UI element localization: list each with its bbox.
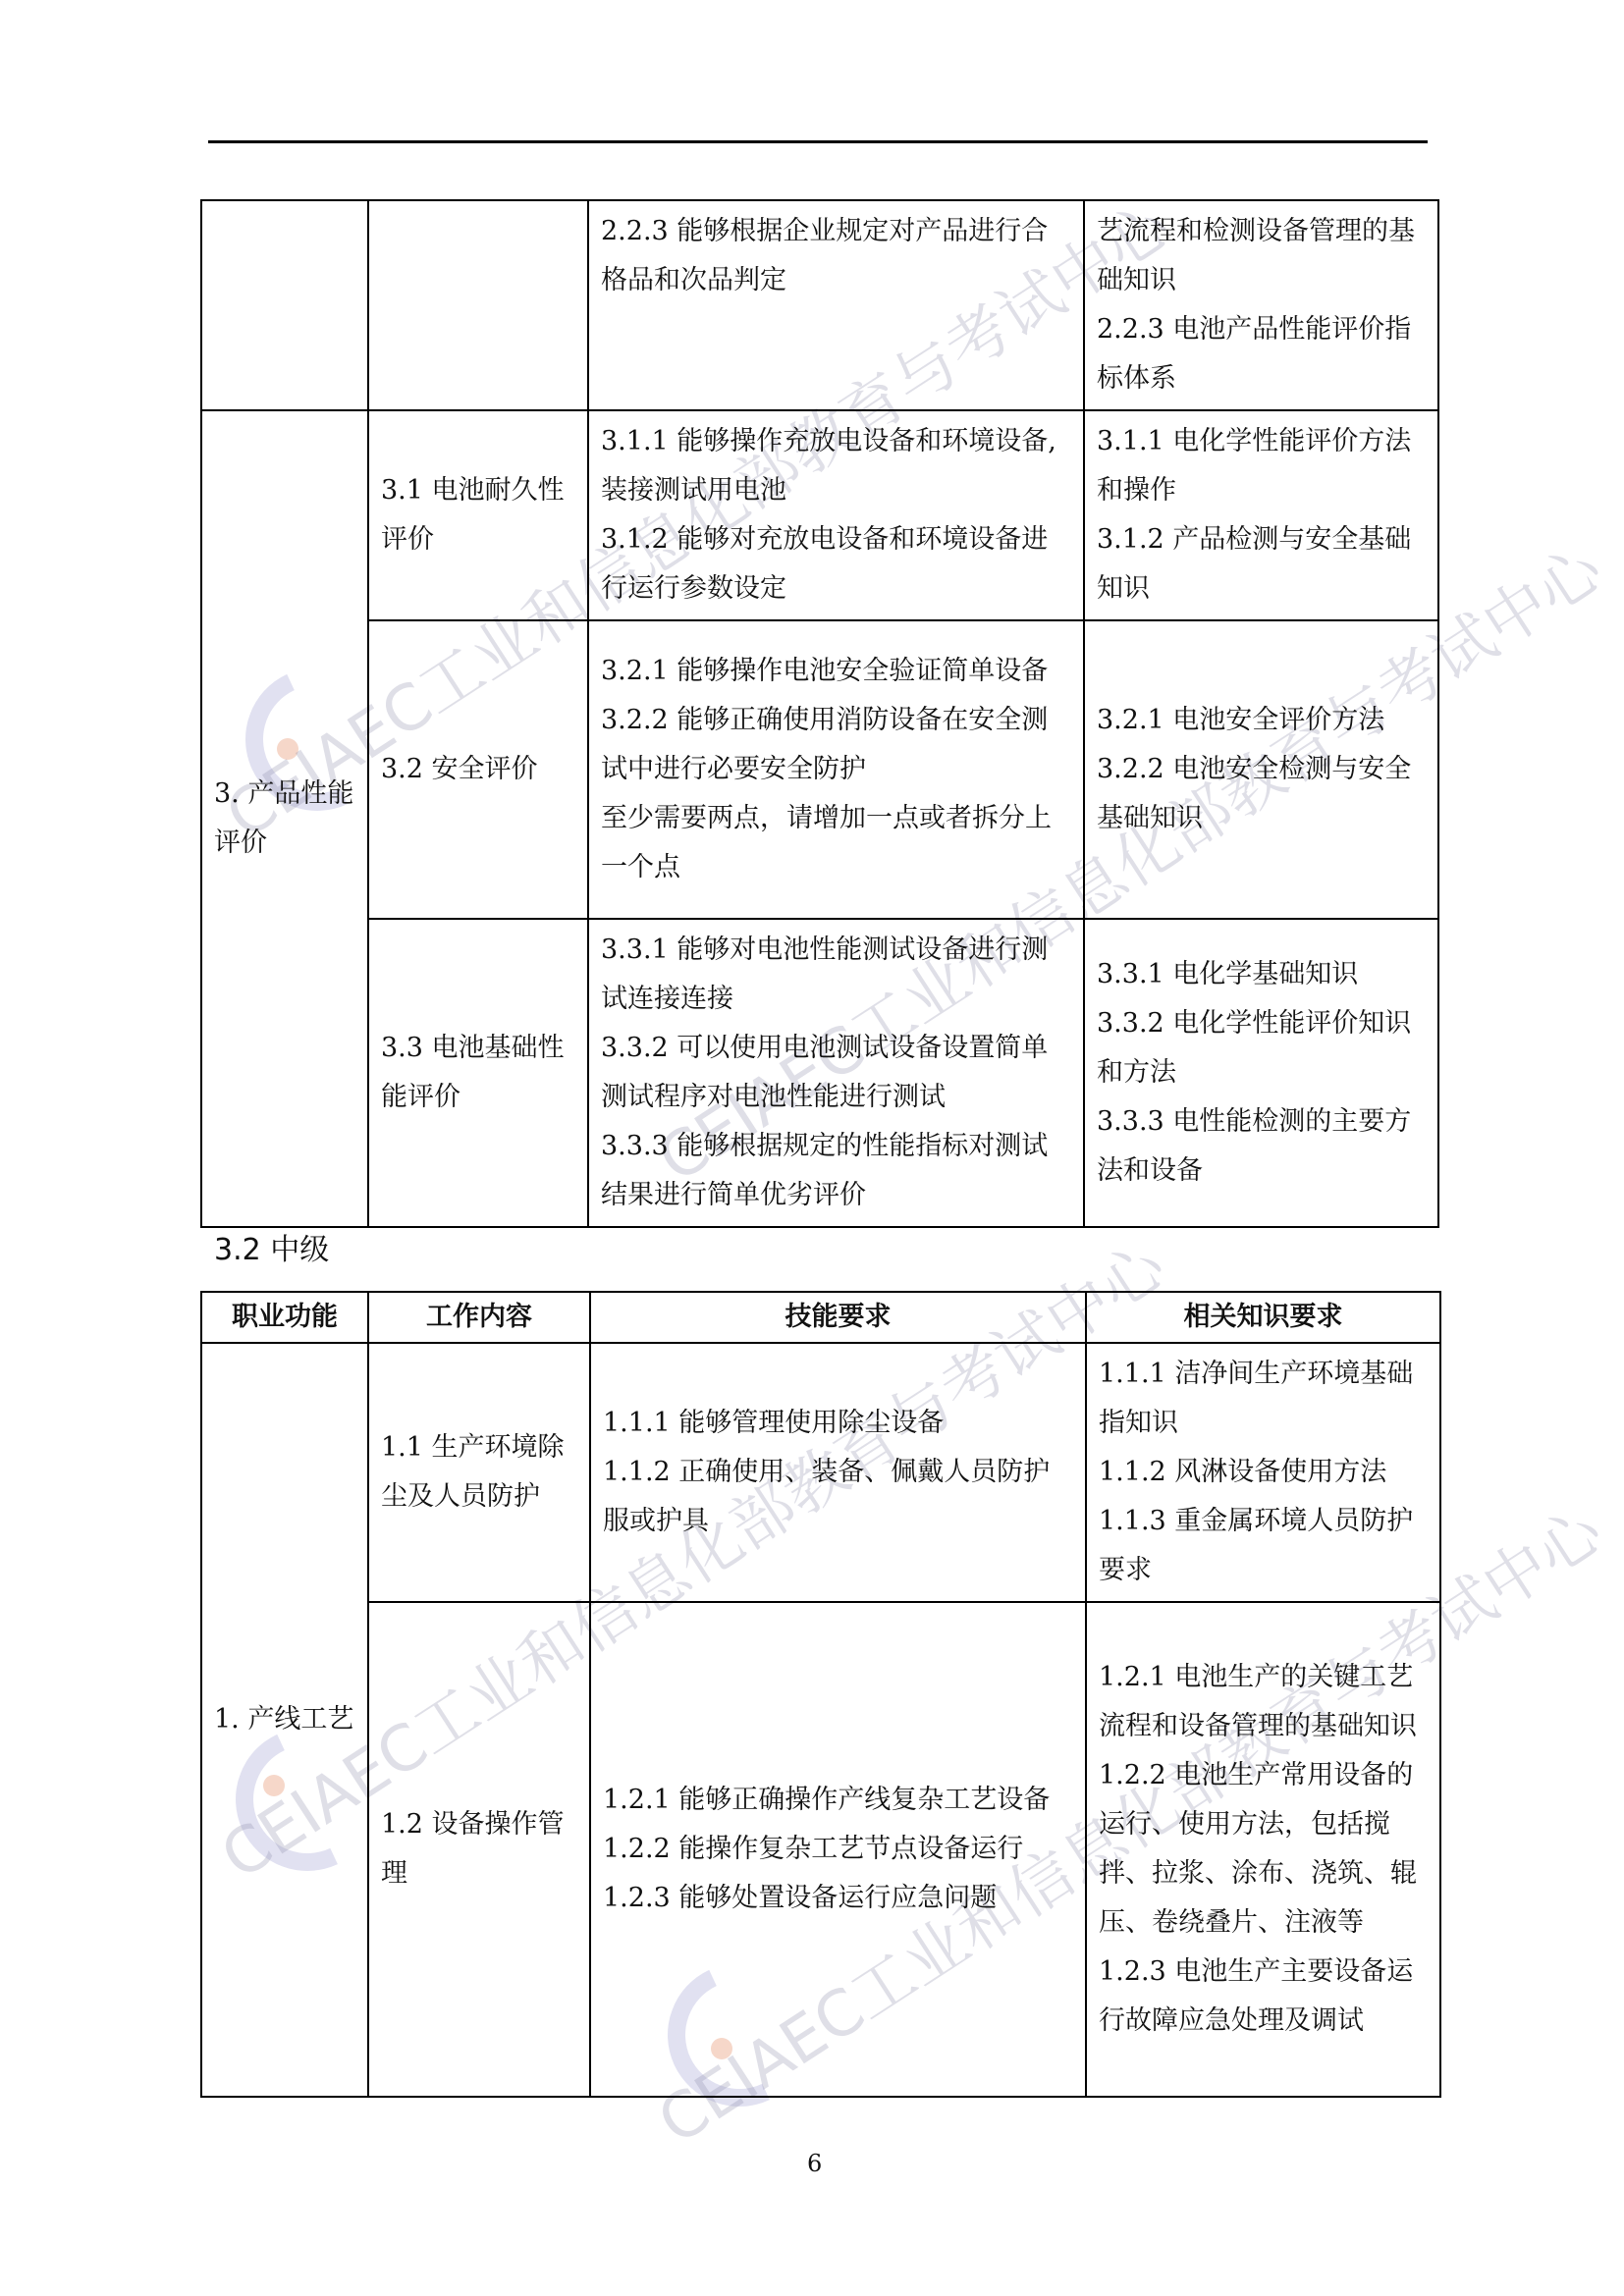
skill-cell: 3.2.1 能够操作电池安全验证简单设备 3.2.2 能够正确使用消防设备在安全… xyxy=(588,620,1084,919)
skill-text: 1.1.1 能够管理使用除尘设备 xyxy=(603,1399,1073,1448)
page-number: 6 xyxy=(807,2150,822,2177)
knowledge-cell: 艺流程和检测设备管理的基础知识 2.2.3 电池产品性能评价指标体系 xyxy=(1084,200,1438,410)
knowledge-cell: 1.1.1 洁净间生产环境基础指知识 1.1.2 风淋设备使用方法 1.1.3 … xyxy=(1086,1343,1440,1602)
skill-text: 1.2.3 能够处置设备运行应急问题 xyxy=(603,1874,1073,1923)
content-cell: 3.3 电池基础性能评价 xyxy=(368,919,588,1227)
knowledge-cell: 1.2.1 电池生产的关键工艺流程和设备管理的基础知识 1.2.2 电池生产常用… xyxy=(1086,1602,1440,2097)
table-row: 3.2 安全评价 3.2.1 能够操作电池安全验证简单设备 3.2.2 能够正确… xyxy=(201,620,1438,919)
table-row: 3.3 电池基础性能评价 3.3.1 能够对电池性能测试设备进行测试连接连接 3… xyxy=(201,919,1438,1227)
content-cell: 1.1 生产环境除尘及人员防护 xyxy=(368,1343,590,1602)
knowledge-cell: 3.3.1 电化学基础知识 3.3.2 电化学性能评价知识和方法 3.3.3 电… xyxy=(1084,919,1438,1227)
knowledge-text: 3.3.2 电化学性能评价知识和方法 xyxy=(1097,999,1426,1097)
function-cell xyxy=(201,200,368,410)
skill-note-text: 至少需要两点，请增加一点或者拆分上一个点 xyxy=(601,794,1071,892)
intermediate-skills-table: 职业功能 工作内容 技能要求 相关知识要求 1. 产线工艺 1.1 生产环境除尘… xyxy=(200,1291,1441,2098)
skill-text: 3.1.2 能够对充放电设备和环境设备进行运行参数设定 xyxy=(601,515,1071,614)
section-heading: 3.2 中级 xyxy=(214,1225,329,1268)
knowledge-text: 3.1.2 产品检测与安全基础知识 xyxy=(1097,515,1426,614)
table-row: 1.2 设备操作管理 1.2.1 能够正确操作产线复杂工艺设备 1.2.2 能操… xyxy=(201,1602,1440,2097)
skill-text: 3.1.1 能够操作充放电设备和环境设备,装接测试用电池 xyxy=(601,417,1071,515)
column-header-skills: 技能要求 xyxy=(590,1292,1086,1343)
knowledge-text: 3.1.1 电化学性能评价方法和操作 xyxy=(1097,417,1426,515)
skill-text: 3.3.3 能够根据规定的性能指标对测试结果进行简单优劣评价 xyxy=(601,1122,1071,1220)
skill-text: 3.2.2 能够正确使用消防设备在安全测试中进行必要安全防护 xyxy=(601,696,1071,794)
skill-text: 3.3.1 能够对电池性能测试设备进行测试连接连接 xyxy=(601,926,1071,1024)
knowledge-text: 1.1.2 风淋设备使用方法 xyxy=(1099,1448,1428,1497)
function-cell: 1. 产线工艺 xyxy=(201,1343,368,2097)
knowledge-text: 1.2.2 电池生产常用设备的运行、使用方法，包括搅拌、拉浆、涂布、浇筑、辊压、… xyxy=(1099,1751,1428,1948)
knowledge-text: 3.3.3 电性能检测的主要方法和设备 xyxy=(1097,1097,1426,1196)
knowledge-text: 3.3.1 电化学基础知识 xyxy=(1097,950,1426,999)
content-cell xyxy=(368,200,588,410)
skill-cell: 2.2.3 能够根据企业规定对产品进行合格品和次品判定 xyxy=(588,200,1084,410)
table-row: 3. 产品性能评价 3.1 电池耐久性评价 3.1.1 能够操作充放电设备和环境… xyxy=(201,410,1438,620)
knowledge-text: 1.2.3 电池生产主要设备运行故障应急处理及调试 xyxy=(1099,1948,1428,2046)
knowledge-text: 2.2.3 电池产品性能评价指标体系 xyxy=(1097,305,1426,403)
skill-cell: 3.3.1 能够对电池性能测试设备进行测试连接连接 3.3.2 可以使用电池测试… xyxy=(588,919,1084,1227)
content-cell: 3.1 电池耐久性评价 xyxy=(368,410,588,620)
knowledge-cell: 3.2.1 电池安全评价方法 3.2.2 电池安全检测与安全基础知识 xyxy=(1084,620,1438,919)
function-cell: 3. 产品性能评价 xyxy=(201,410,368,1227)
column-header-function: 职业功能 xyxy=(201,1292,368,1343)
knowledge-text: 1.1.1 洁净间生产环境基础指知识 xyxy=(1099,1350,1428,1448)
skill-text: 3.2.1 能够操作电池安全验证简单设备 xyxy=(601,647,1071,696)
skill-cell: 1.2.1 能够正确操作产线复杂工艺设备 1.2.2 能操作复杂工艺节点设备运行… xyxy=(590,1602,1086,2097)
knowledge-text: 3.2.1 电池安全评价方法 xyxy=(1097,696,1426,745)
knowledge-text: 1.2.1 电池生产的关键工艺流程和设备管理的基础知识 xyxy=(1099,1653,1428,1751)
knowledge-text: 1.1.3 重金属环境人员防护要求 xyxy=(1099,1497,1428,1595)
skill-text: 1.1.2 正确使用、装备、佩戴人员防护服或护具 xyxy=(603,1448,1073,1546)
skill-text: 1.2.1 能够正确操作产线复杂工艺设备 xyxy=(603,1776,1073,1825)
table-row: 1. 产线工艺 1.1 生产环境除尘及人员防护 1.1.1 能够管理使用除尘设备… xyxy=(201,1343,1440,1602)
knowledge-text: 艺流程和检测设备管理的基础知识 xyxy=(1097,207,1426,305)
table-header-row: 职业功能 工作内容 技能要求 相关知识要求 xyxy=(201,1292,1440,1343)
knowledge-cell: 3.1.1 电化学性能评价方法和操作 3.1.2 产品检测与安全基础知识 xyxy=(1084,410,1438,620)
skills-table-continued: 2.2.3 能够根据企业规定对产品进行合格品和次品判定 艺流程和检测设备管理的基… xyxy=(200,199,1439,1228)
skill-text: 2.2.3 能够根据企业规定对产品进行合格品和次品判定 xyxy=(601,207,1071,305)
knowledge-text: 3.2.2 电池安全检测与安全基础知识 xyxy=(1097,745,1426,843)
header-rule xyxy=(208,140,1428,143)
content-cell: 1.2 设备操作管理 xyxy=(368,1602,590,2097)
skill-cell: 3.1.1 能够操作充放电设备和环境设备,装接测试用电池 3.1.2 能够对充放… xyxy=(588,410,1084,620)
content-cell: 3.2 安全评价 xyxy=(368,620,588,919)
column-header-knowledge: 相关知识要求 xyxy=(1086,1292,1440,1343)
skill-cell: 1.1.1 能够管理使用除尘设备 1.1.2 正确使用、装备、佩戴人员防护服或护… xyxy=(590,1343,1086,1602)
skill-text: 3.3.2 可以使用电池测试设备设置简单测试程序对电池性能进行测试 xyxy=(601,1024,1071,1122)
table-row: 2.2.3 能够根据企业规定对产品进行合格品和次品判定 艺流程和检测设备管理的基… xyxy=(201,200,1438,410)
skill-text: 1.2.2 能操作复杂工艺节点设备运行 xyxy=(603,1825,1073,1874)
column-header-content: 工作内容 xyxy=(368,1292,590,1343)
